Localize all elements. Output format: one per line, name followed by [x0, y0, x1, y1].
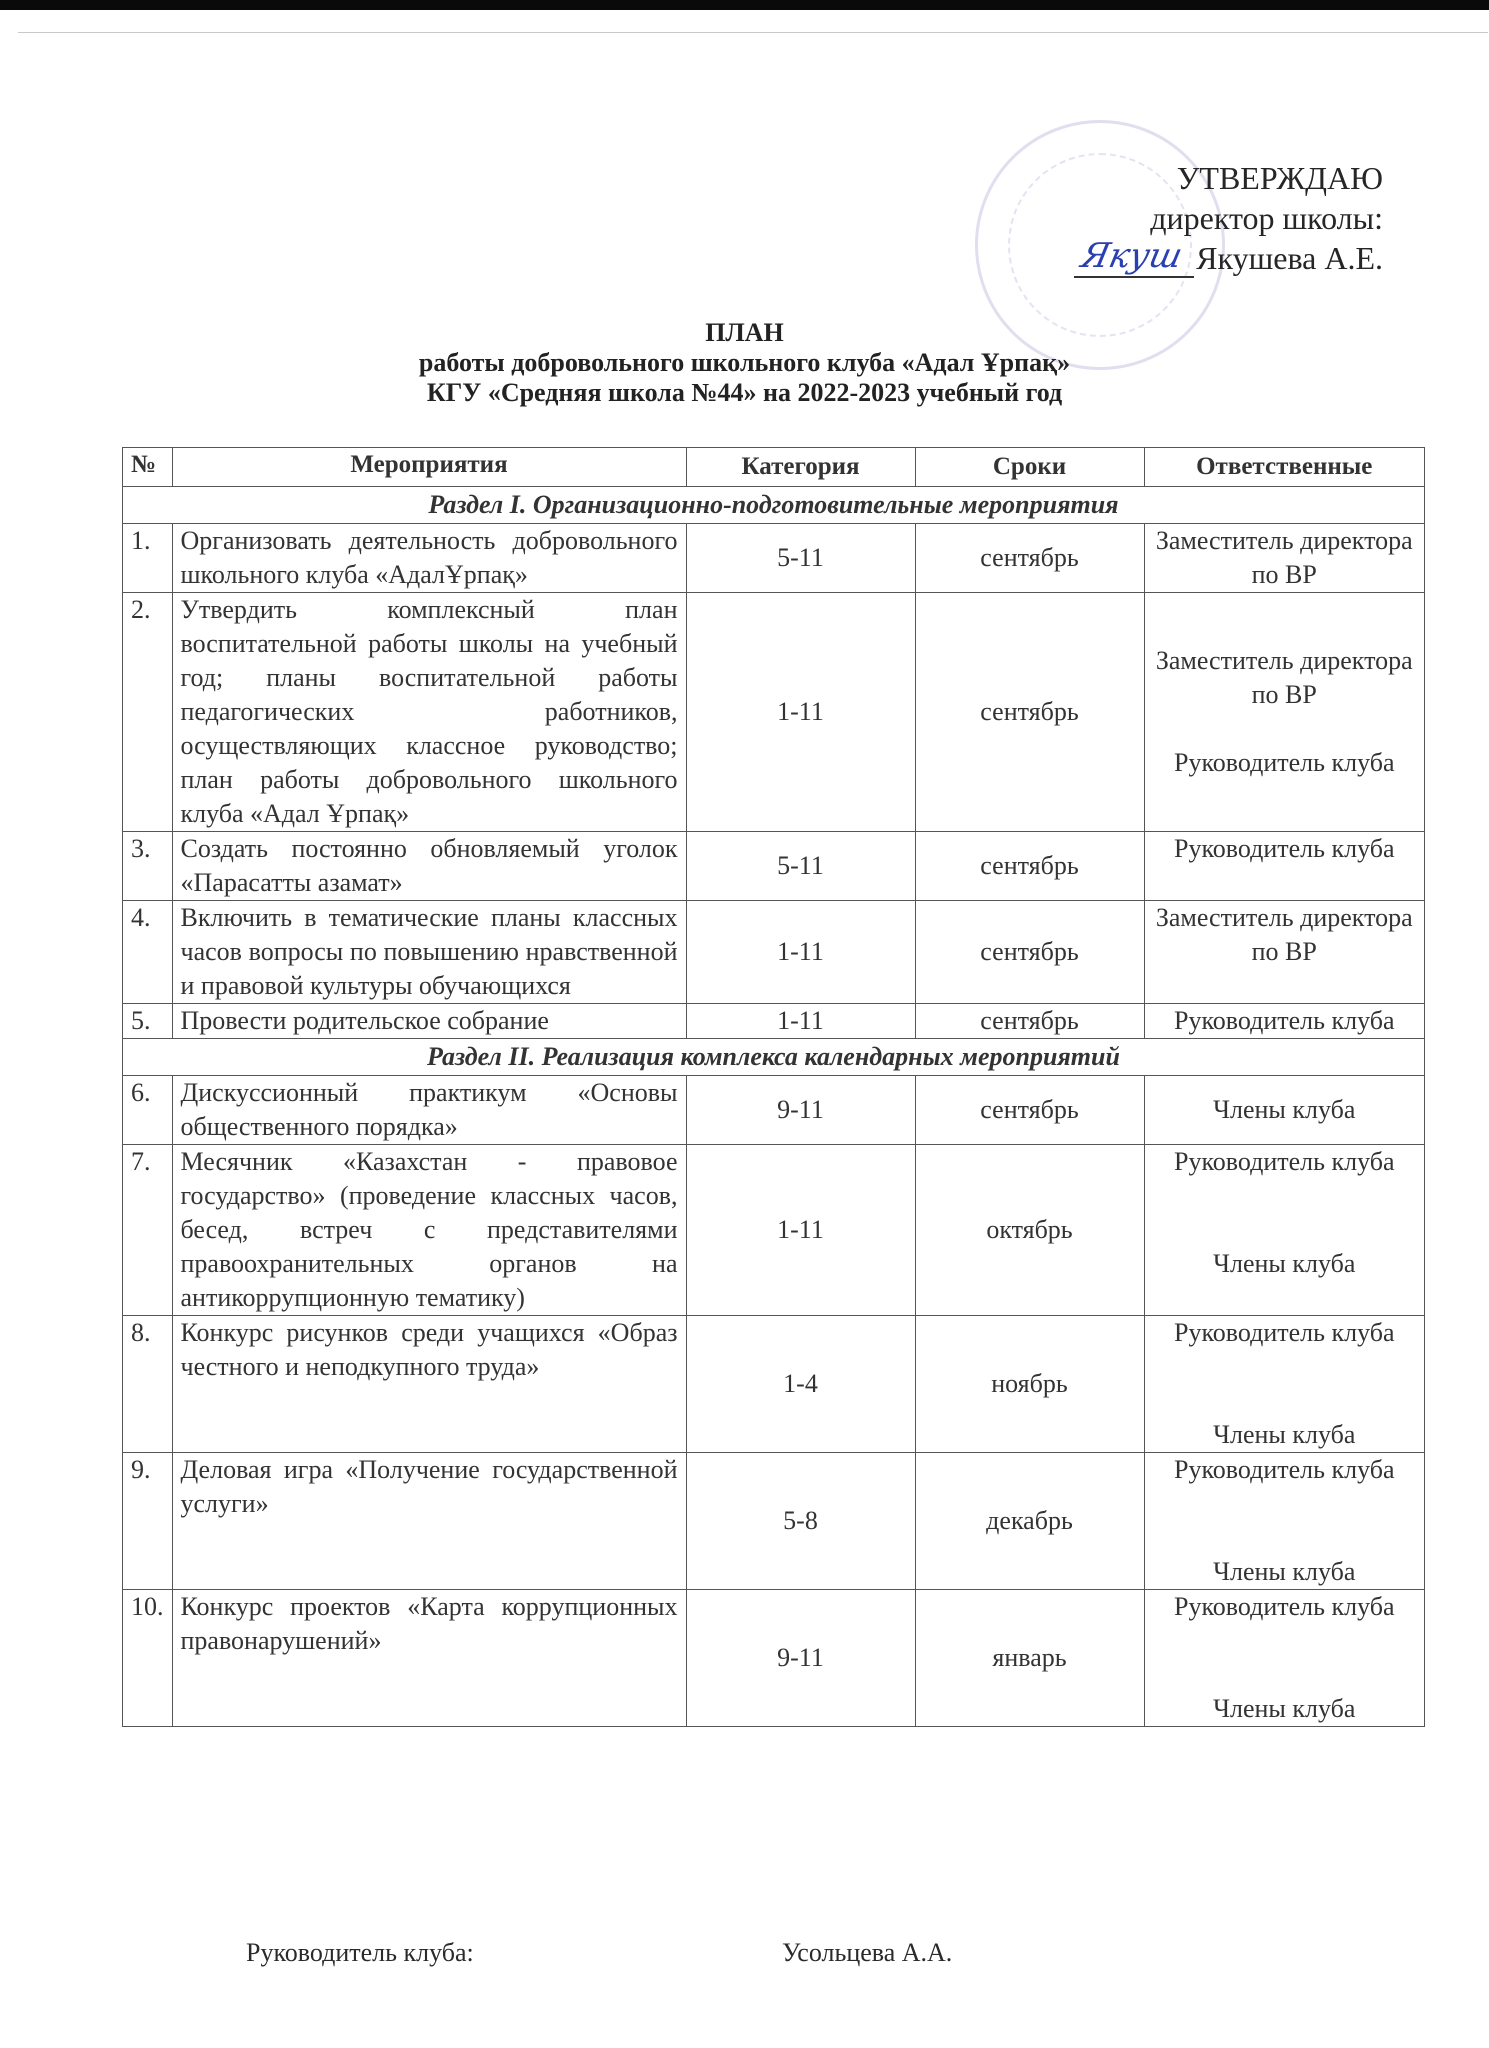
row-responsible: Члены клуба: [1144, 1076, 1425, 1145]
spacer: [1153, 712, 1417, 746]
row-date: сентябрь: [915, 1076, 1144, 1145]
table-row: 7.Месячник «Казахстан - правовое государ…: [123, 1145, 1425, 1316]
table-row: 6.Дискуссионный практикум «Основы общест…: [123, 1076, 1425, 1145]
row-responsible: Заместитель директора по ВРРуководитель …: [1144, 593, 1425, 832]
title-line-1: ПЛАН: [0, 318, 1489, 348]
row-number: 9.: [123, 1453, 173, 1590]
row-date: сентябрь: [915, 524, 1144, 593]
document-title: ПЛАН работы добровольного школьного клуб…: [0, 318, 1489, 408]
responsible-entry: Руководитель клуба: [1153, 1316, 1417, 1350]
row-category: 1-11: [686, 1145, 915, 1316]
row-event: Провести родительское собрание: [172, 1004, 686, 1039]
row-category: 1-4: [686, 1316, 915, 1453]
plan-table: № Мероприятия Категория Сроки Ответствен…: [122, 447, 1425, 1727]
row-category: 1-11: [686, 901, 915, 1004]
row-responsible: Заместитель директора по ВР: [1144, 901, 1425, 1004]
row-responsible: Руководитель клубаЧлены клуба: [1144, 1453, 1425, 1590]
table-row: 5.Провести родительское собрание1-11сент…: [123, 1004, 1425, 1039]
responsible-entry: Члены клуба: [1153, 1093, 1417, 1127]
header-responsible: Ответственные: [1144, 448, 1425, 487]
footer-name: Усольцева А.А.: [782, 1938, 952, 1968]
row-event: Конкурс проектов «Карта коррупционных пр…: [172, 1590, 686, 1727]
approval-heading: УТВЕРЖДАЮ: [1074, 158, 1383, 198]
row-date: январь: [915, 1590, 1144, 1727]
row-number: 4.: [123, 901, 173, 1004]
spacer: [1153, 1350, 1417, 1418]
table-header-row: № Мероприятия Категория Сроки Ответствен…: [123, 448, 1425, 487]
responsible-entry: Заместитель директора по ВР: [1153, 644, 1417, 712]
table-row: 2.Утвердить комплексный план воспитатель…: [123, 593, 1425, 832]
section-row: Раздел I. Организационно-подготовительны…: [123, 487, 1425, 524]
responsible-entry: Члены клуба: [1153, 1247, 1417, 1281]
row-date: ноябрь: [915, 1316, 1144, 1453]
row-number: 1.: [123, 524, 173, 593]
section-row: Раздел II. Реализация комплекса календар…: [123, 1039, 1425, 1076]
row-date: сентябрь: [915, 1004, 1144, 1039]
table-row: 9.Деловая игра «Получение государственно…: [123, 1453, 1425, 1590]
signature-icon: Якуш: [1078, 236, 1186, 276]
row-number: 3.: [123, 832, 173, 901]
table-row: 1.Организовать деятельность добровольног…: [123, 524, 1425, 593]
row-category: 1-11: [686, 1004, 915, 1039]
approval-position: директор школы:: [1074, 198, 1383, 238]
row-date: октябрь: [915, 1145, 1144, 1316]
responsible-entry: Члены клуба: [1153, 1692, 1417, 1726]
row-event: Создать постоянно обновляемый уголок «Па…: [172, 832, 686, 901]
table-row: 10.Конкурс проектов «Карта коррупционных…: [123, 1590, 1425, 1727]
responsible-entry: Руководитель клуба: [1153, 746, 1417, 780]
approval-block: УТВЕРЖДАЮ директор школы: ЯкушЯкушева А.…: [1074, 158, 1383, 278]
row-category: 1-11: [686, 593, 915, 832]
spacer: [1153, 1487, 1417, 1555]
row-event: Деловая игра «Получение государственной …: [172, 1453, 686, 1590]
responsible-entry: Руководитель клуба: [1153, 832, 1417, 866]
row-date: сентябрь: [915, 593, 1144, 832]
row-category: 9-11: [686, 1076, 915, 1145]
row-date: сентябрь: [915, 832, 1144, 901]
spacer: [1153, 1624, 1417, 1692]
row-number: 7.: [123, 1145, 173, 1316]
responsible-entry: Заместитель директора по ВР: [1153, 524, 1417, 592]
row-responsible: Руководитель клубаЧлены клуба: [1144, 1145, 1425, 1316]
header-category: Категория: [686, 448, 915, 487]
row-responsible: Заместитель директора по ВР: [1144, 524, 1425, 593]
responsible-entry: Руководитель клуба: [1153, 1145, 1417, 1179]
row-category: 5-8: [686, 1453, 915, 1590]
row-number: 6.: [123, 1076, 173, 1145]
spacer: [1153, 1179, 1417, 1247]
header-dates: Сроки: [915, 448, 1144, 487]
row-number: 8.: [123, 1316, 173, 1453]
row-category: 9-11: [686, 1590, 915, 1727]
table-row: 8.Конкурс рисунков среди учащихся «Образ…: [123, 1316, 1425, 1453]
table-row: 4.Включить в тематические планы классных…: [123, 901, 1425, 1004]
row-date: сентябрь: [915, 901, 1144, 1004]
row-responsible: Руководитель клубаЧлены клуба: [1144, 1590, 1425, 1727]
row-responsible: Руководитель клуба: [1144, 1004, 1425, 1039]
row-date: декабрь: [915, 1453, 1144, 1590]
table-row: 3.Создать постоянно обновляемый уголок «…: [123, 832, 1425, 901]
row-number: 5.: [123, 1004, 173, 1039]
row-responsible: Руководитель клуба: [1144, 832, 1425, 901]
title-line-2: работы добровольного школьного клуба «Ад…: [0, 348, 1489, 378]
row-event: Месячник «Казахстан - правовое государст…: [172, 1145, 686, 1316]
footer-label: Руководитель клуба:: [246, 1938, 474, 1968]
responsible-entry: Члены клуба: [1153, 1418, 1417, 1452]
scan-artifact-line: [18, 32, 1488, 33]
responsible-entry: Руководитель клуба: [1153, 1590, 1417, 1624]
row-event: Конкурс рисунков среди учащихся «Образ ч…: [172, 1316, 686, 1453]
section-title: Раздел I. Организационно-подготовительны…: [123, 487, 1425, 524]
row-event: Включить в тематические планы классных ч…: [172, 901, 686, 1004]
approval-signature-line: ЯкушЯкушева А.Е.: [1074, 238, 1383, 278]
responsible-entry: Заместитель директора по ВР: [1153, 901, 1417, 969]
responsible-entry: Руководитель клуба: [1153, 1004, 1417, 1038]
row-number: 2.: [123, 593, 173, 832]
row-event: Утвердить комплексный план воспитательно…: [172, 593, 686, 832]
signature-line: Якуш: [1074, 246, 1194, 278]
header-number: №: [123, 448, 173, 487]
scan-border: [0, 0, 1489, 10]
approval-name: Якушева А.Е.: [1196, 240, 1383, 276]
title-line-3: КГУ «Средняя школа №44» на 2022-2023 уче…: [0, 378, 1489, 408]
row-category: 5-11: [686, 524, 915, 593]
row-event: Организовать деятельность добровольного …: [172, 524, 686, 593]
row-number: 10.: [123, 1590, 173, 1727]
row-category: 5-11: [686, 832, 915, 901]
responsible-entry: Члены клуба: [1153, 1555, 1417, 1589]
row-responsible: Руководитель клубаЧлены клуба: [1144, 1316, 1425, 1453]
section-title: Раздел II. Реализация комплекса календар…: [123, 1039, 1425, 1076]
row-event: Дискуссионный практикум «Основы обществе…: [172, 1076, 686, 1145]
responsible-entry: Руководитель клуба: [1153, 1453, 1417, 1487]
header-events: Мероприятия: [172, 448, 686, 487]
